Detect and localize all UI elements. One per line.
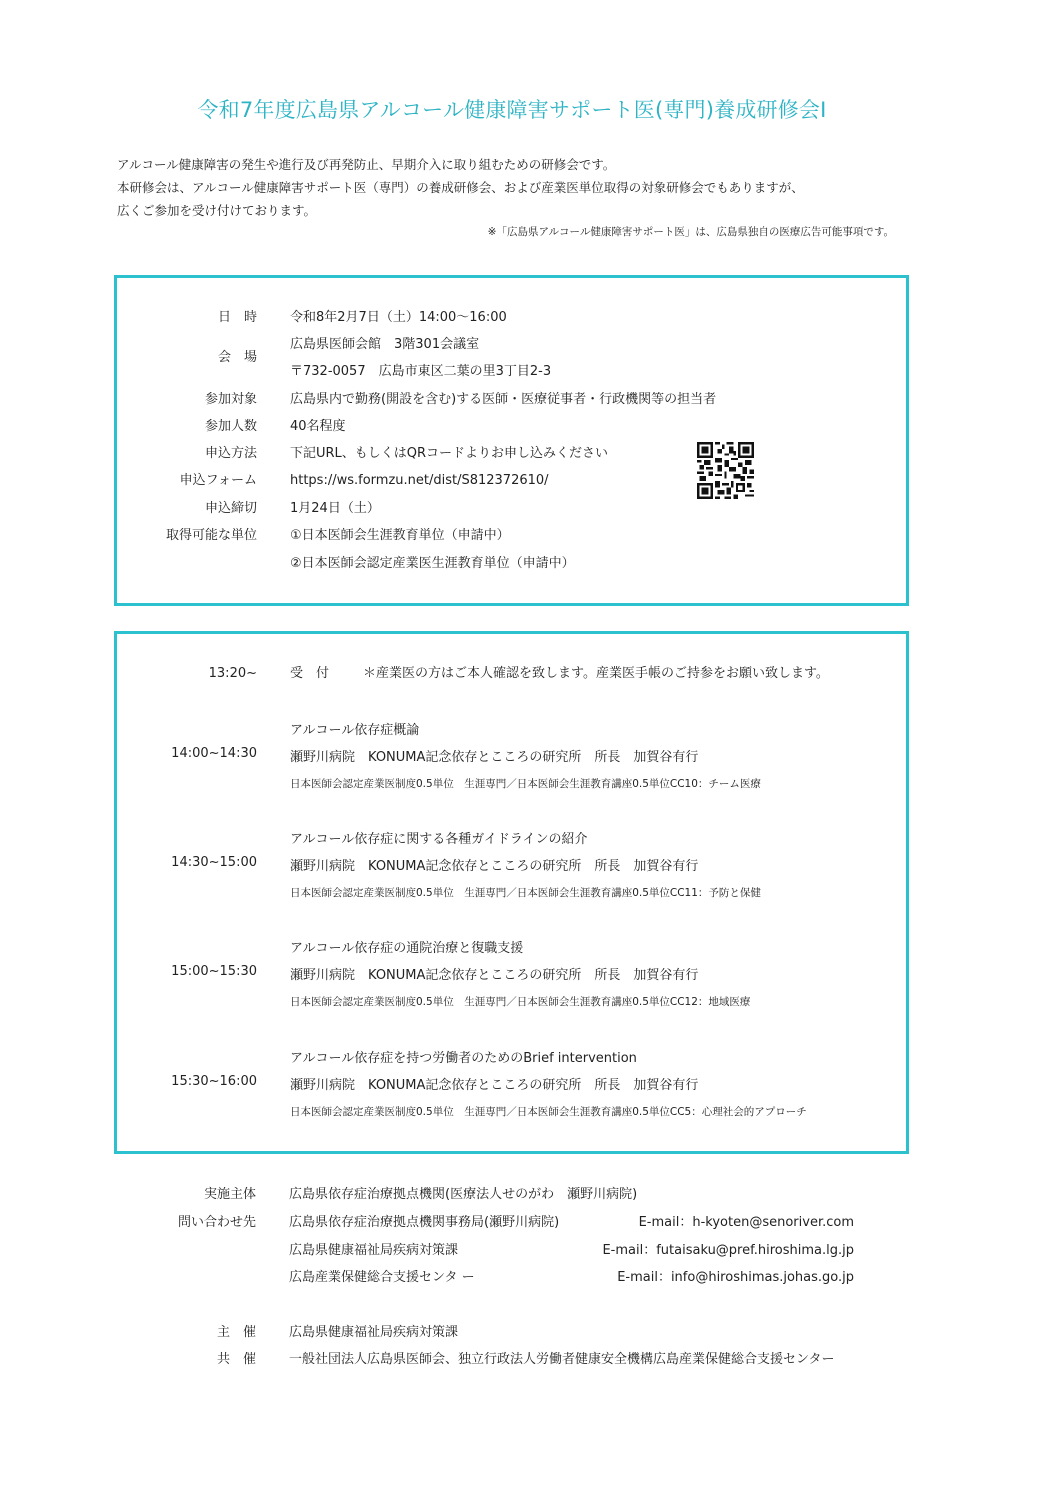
session-time: 15:30~16:00 xyxy=(117,1074,257,1089)
detail-label: 申込締切 xyxy=(117,498,257,520)
detail-value: 広島県医師会館 3階301会議室 xyxy=(290,334,479,356)
implementer-label: 実施主体 xyxy=(114,1183,256,1202)
session-title: アルコール依存症概論 xyxy=(290,719,419,738)
session-speaker: 瀬野川病院 KONUMA記念依存とこころの研究所 所長 加賀谷有行 xyxy=(290,1074,698,1093)
detail-label: 取得可能な単位 xyxy=(117,525,257,547)
contact-email[interactable]: E-mail：futaisaku@pref.hiroshima.lg.jp xyxy=(602,1239,854,1258)
session-credit: 日本医師会認定産業医制度0.5単位 生涯専門／日本医師会生涯教育講座0.5単位C… xyxy=(290,885,761,900)
detail-value: ①日本医師会生涯教育単位（申請中） xyxy=(290,525,510,547)
reception-label: 受 付 xyxy=(290,663,329,685)
co-organizer-value: 一般社団法人広島県医師会、独立行政法人労働者健康安全機構広島産業保健総合支援セン… xyxy=(289,1348,834,1367)
intro-line: 広くご参加を受け付けております。 xyxy=(117,199,907,222)
contact-email[interactable]: E-mail：h-kyoten@senoriver.com xyxy=(639,1211,854,1230)
implementer-value: 広島県依存症治療拠点機関(医療法人せのがわ 瀬野川病院) xyxy=(289,1183,637,1202)
page-title: 令和7年度広島県アルコール健康障害サポート医(専門)養成研修会Ⅰ xyxy=(0,94,1024,124)
application-form-link[interactable]: https://ws.formzu.net/dist/S812372610/ xyxy=(290,470,549,492)
session-time: 14:00~14:30 xyxy=(117,746,257,761)
contact-org: 広島県依存症治療拠点機関事務局(瀬野川病院) xyxy=(289,1211,559,1230)
organizer-label: 主 催 xyxy=(114,1321,256,1340)
session-title: アルコール依存症に関する各種ガイドラインの紹介 xyxy=(290,828,587,847)
detail-label: 申込フォーム xyxy=(117,470,257,492)
session-time: 15:00~15:30 xyxy=(117,964,257,979)
contact-label: 問い合わせ先 xyxy=(114,1211,256,1230)
intro-line: アルコール健康障害の発生や進行及び再発防止、早期介入に取り組むための研修会です。 xyxy=(117,153,907,176)
detail-label: 申込方法 xyxy=(117,443,257,465)
session-credit: 日本医師会認定産業医制度0.5単位 生涯専門／日本医師会生涯教育講座0.5単位C… xyxy=(290,776,761,791)
contact-email[interactable]: E-mail：info@hiroshimas.johas.go.jp xyxy=(617,1266,854,1285)
intro-text: アルコール健康障害の発生や進行及び再発防止、早期介入に取り組むための研修会です。… xyxy=(117,153,907,222)
reception-time: 13:20~ xyxy=(117,663,257,685)
program-schedule-box: 13:20~ 受 付 ＊産業医の方はご本人確認を致します。産業医手帳のご持参をお… xyxy=(114,631,909,1154)
session-speaker: 瀬野川病院 KONUMA記念依存とこころの研究所 所長 加賀谷有行 xyxy=(290,964,698,983)
detail-label: 参加対象 xyxy=(117,389,257,411)
detail-label: 参加人数 xyxy=(117,416,257,438)
session-title: アルコール依存症を持つ労働者のためのBrief intervention xyxy=(290,1047,637,1066)
advertising-note: ※「広島県アルコール健康障害サポート医」は、広島県独自の医療広告可能事項です。 xyxy=(488,224,894,239)
session-title: アルコール依存症の通院治療と復職支援 xyxy=(290,937,523,956)
detail-value: 40名程度 xyxy=(290,416,346,438)
session-credit: 日本医師会認定産業医制度0.5単位 生涯専門／日本医師会生涯教育講座0.5単位C… xyxy=(290,1104,807,1119)
contact-org: 広島産業保健総合支援センタ ー xyxy=(289,1266,475,1285)
detail-value: 広島県内で勤務(開設を含む)する医師・医療従事者・行政機関等の担当者 xyxy=(290,389,716,411)
organizer-value: 広島県健康福祉局疾病対策課 xyxy=(289,1321,458,1340)
detail-value: 令和8年2月7日（土）14:00～16:00 xyxy=(290,307,507,329)
contact-org: 広島県健康福祉局疾病対策課 xyxy=(289,1239,458,1258)
co-organizer-label: 共 催 xyxy=(114,1348,256,1367)
reception-note: ＊産業医の方はご本人確認を致します。産業医手帳のご持参をお願い致します。 xyxy=(363,663,829,685)
session-speaker: 瀬野川病院 KONUMA記念依存とこころの研究所 所長 加賀谷有行 xyxy=(290,855,698,874)
session-speaker: 瀬野川病院 KONUMA記念依存とこころの研究所 所長 加賀谷有行 xyxy=(290,746,698,765)
qr-code-icon[interactable] xyxy=(697,442,754,499)
detail-label: 会 場 xyxy=(202,347,257,369)
detail-value: 1月24日（土） xyxy=(290,498,380,520)
event-details-box: 日 時 令和8年2月7日（土）14:00～16:00 広島県医師会館 3階301… xyxy=(114,275,909,606)
detail-value: ②日本医師会認定産業医生涯教育単位（申請中） xyxy=(290,553,575,575)
session-time: 14:30~15:00 xyxy=(117,855,257,870)
detail-value: 〒732-0057 広島市東区二葉の里3丁目2-3 xyxy=(290,361,551,383)
detail-value: 下記URL、もしくはQRコードよりお申し込みください xyxy=(290,443,608,465)
detail-label: 日 時 xyxy=(202,307,257,329)
intro-line: 本研修会は、アルコール健康障害サポート医（専門）の養成研修会、および産業医単位取… xyxy=(117,176,907,199)
session-credit: 日本医師会認定産業医制度0.5単位 生涯専門／日本医師会生涯教育講座0.5単位C… xyxy=(290,994,750,1009)
